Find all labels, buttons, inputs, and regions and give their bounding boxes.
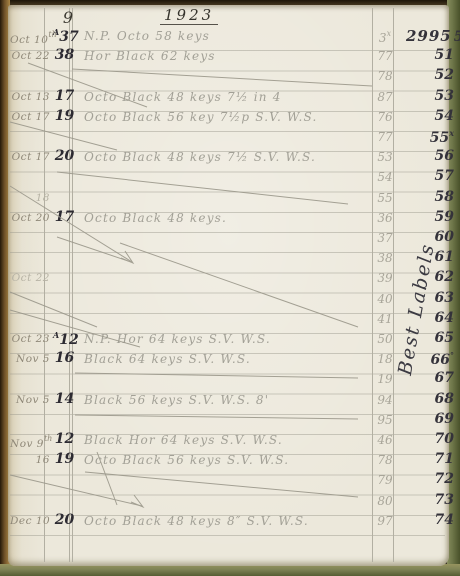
ledger-row: 4164 [8, 310, 449, 330]
amount-cell: 77 [372, 130, 398, 144]
count-cell: 19 [53, 108, 76, 124]
amount-cell: 53 [372, 150, 398, 164]
index-superscript: x [449, 128, 454, 138]
index-cell: 299550 [406, 27, 454, 45]
carry-total: 2995 [406, 27, 452, 45]
count-cell: 19 [53, 451, 76, 467]
index-cell: 69 [406, 411, 454, 427]
entry-cell: Octo Black 56 key 7½p S.V. W.S. [84, 110, 376, 124]
ledger-row: Dec 1020Octo Black 48 keys 8″ S.V. W.S.9… [8, 512, 449, 532]
ledger-row: 185558 [8, 189, 449, 209]
count-superscript: A [53, 330, 59, 340]
ledger-row: Nov 514Black 56 keys S.V. W.S. 8'9468 [8, 391, 449, 411]
amount-cell: 77 [372, 49, 398, 63]
amount-cell: 38 [372, 251, 398, 265]
count-cell: 16 [53, 350, 76, 366]
ledger-row: 4063 [8, 290, 449, 310]
ledger-row: Oct 10thA37N.P. Octo 58 keys3x299550 [8, 27, 449, 47]
amount-cell: 97 [372, 514, 398, 528]
date-cell: Oct 20 [10, 212, 50, 224]
amount-cell: 46 [372, 433, 398, 447]
date-cell: Oct 23 [10, 333, 50, 345]
date-cell: Nov 9th [10, 434, 50, 450]
date-superscript: th [44, 434, 52, 443]
ledger-row: Oct 223962 [8, 269, 449, 289]
ledger-row: 7755x [8, 128, 449, 148]
count-cell: 38 [53, 47, 76, 63]
amount-cell: 55 [372, 191, 398, 205]
entry-cell: Black Hor 64 keys S.V. W.S. [84, 433, 376, 447]
amount-cell: 80 [372, 494, 398, 508]
entry-cell: Black 64 keys S.V. W.S. [84, 352, 376, 366]
ledger-row: 5457 [8, 168, 449, 188]
index-cell: 55x [406, 128, 454, 146]
entry-cell: N.P. Octo 58 keys [84, 29, 376, 43]
date-cell: Oct 17 [10, 151, 50, 163]
index-cell: 56 [406, 148, 454, 164]
amount-superscript: x [387, 29, 392, 38]
date-cell: 18 [10, 192, 50, 204]
date-cell: Oct 10th [10, 30, 50, 46]
count-cell: A12 [53, 330, 76, 348]
date-cell: Dec 10 [10, 515, 50, 527]
index-cell: 73 [406, 492, 454, 508]
index-cell: 54 [406, 108, 454, 124]
ledger-page: 9 1923 Oct 10thA37N.P. Octo 58 keys3x299… [8, 5, 449, 566]
ledger-row: Oct 23A12N.P. Hor 64 keys S.V. W.S.5065 [8, 330, 449, 350]
amount-cell: 3x [372, 29, 398, 45]
date-cell: Nov 5 [10, 353, 50, 365]
amount-cell: 76 [372, 110, 398, 124]
index-cell: 53 [406, 88, 454, 104]
ledger-row: 1967 [8, 370, 449, 390]
ledger-row: 3861 [8, 249, 449, 269]
ledger-scan: { "page": { "page_number": "9", "year": … [0, 0, 460, 576]
date-cell: Oct 22 [10, 50, 50, 62]
ledger-row: Oct 1317Octo Black 48 keys 7½ in 48753 [8, 88, 449, 108]
count-cell: A37 [53, 27, 76, 45]
date-cell: Oct 13 [10, 91, 50, 103]
index-cell: 68 [406, 391, 454, 407]
index-superscript: ° [450, 350, 454, 360]
amount-cell: 39 [372, 271, 398, 285]
amount-cell: 18 [372, 352, 398, 366]
index-cell: 74 [406, 512, 454, 528]
year-heading: 1923 [160, 6, 218, 25]
amount-cell: 36 [372, 211, 398, 225]
count-cell: 17 [53, 209, 76, 225]
entry-cell: Octo Black 48 keys 8″ S.V. W.S. [84, 514, 376, 528]
entry-cell: Octo Black 48 keys. [84, 211, 376, 225]
ledger-row: Nov 9th12Black Hor 64 keys S.V. W.S.4670 [8, 431, 449, 451]
date-cell: 16 [10, 454, 50, 466]
count-cell: 14 [53, 391, 76, 407]
date-cell: Nov 5 [10, 394, 50, 406]
ledger-row: Oct 2238Hor Black 62 keys7751 [8, 47, 449, 67]
ledger-row: 7972 [8, 471, 449, 491]
amount-cell: 78 [372, 453, 398, 467]
entry-cell: Octo Black 48 keys 7½ S.V. W.S. [84, 150, 376, 164]
amount-cell: 37 [372, 231, 398, 245]
ledger-row: Oct 2017Octo Black 48 keys.3659 [8, 209, 449, 229]
amount-cell: 41 [372, 312, 398, 326]
entry-cell: N.P. Hor 64 keys S.V. W.S. [84, 332, 376, 346]
amount-cell: 79 [372, 473, 398, 487]
index-cell: 72 [406, 471, 454, 487]
amount-cell: 78 [372, 69, 398, 83]
entry-cell: Hor Black 62 keys [84, 49, 376, 63]
count-cell: 17 [53, 88, 76, 104]
page-number: 9 [56, 8, 80, 27]
ledger-row: 7852 [8, 67, 449, 87]
amount-cell: 50 [372, 332, 398, 346]
entry-cell: Octo Black 56 keys S.V. W.S. [84, 453, 376, 467]
ledger-row: Nov 516Black 64 keys S.V. W.S.1866° [8, 350, 449, 370]
entry-cell: Black 56 keys S.V. W.S. 8' [84, 393, 376, 407]
ledger-row: Oct 1719Octo Black 56 key 7½p S.V. W.S.7… [8, 108, 449, 128]
index-cell: 71 [406, 451, 454, 467]
amount-cell: 95 [372, 413, 398, 427]
amount-cell: 94 [372, 393, 398, 407]
count-cell: 12 [53, 431, 76, 447]
amount-cell: 87 [372, 90, 398, 104]
count-cell: 20 [53, 148, 76, 164]
amount-cell: 54 [372, 170, 398, 184]
date-cell: Oct 17 [10, 111, 50, 123]
amount-cell: 40 [372, 292, 398, 306]
entry-cell: Octo Black 48 keys 7½ in 4 [84, 90, 376, 104]
count-cell: 20 [53, 512, 76, 528]
ledger-row: 8073 [8, 492, 449, 512]
index-cell: 52 [406, 67, 454, 83]
ledger-row: Oct 1720Octo Black 48 keys 7½ S.V. W.S.5… [8, 148, 449, 168]
count-superscript: A [53, 27, 59, 37]
ledger-row: 9569 [8, 411, 449, 431]
ledger-row: 3760 [8, 229, 449, 249]
index-cell: 70 [406, 431, 454, 447]
date-cell: Oct 22 [10, 272, 50, 284]
index-cell: 51 [406, 47, 454, 63]
ledger-row: 1619Octo Black 56 keys S.V. W.S.7871 [8, 451, 449, 471]
amount-cell: 19 [372, 372, 398, 386]
